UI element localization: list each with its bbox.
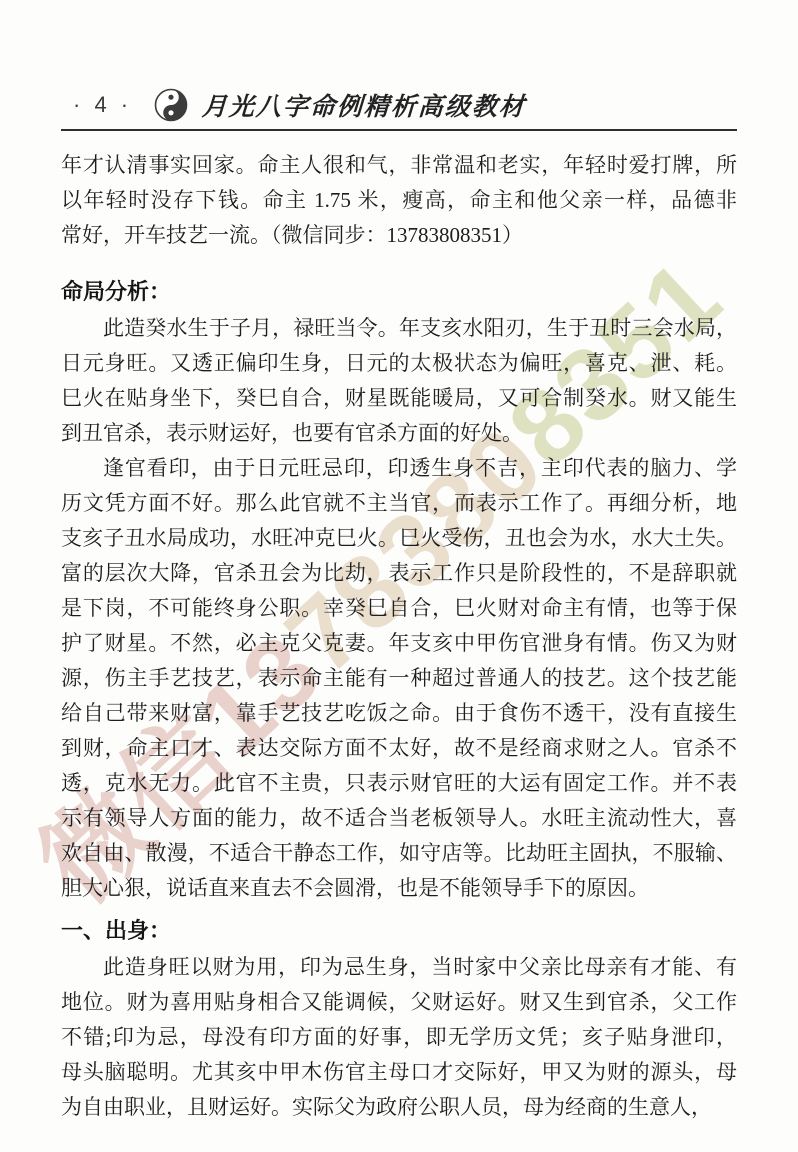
text-line: 示有领导人方面的能力，故不适合当老板领导人。水旺主流动性大，喜: [61, 801, 737, 836]
section-heading-mingju-analysis: 命局分析：: [61, 274, 737, 309]
text-line: 母头脑聪明。尤其亥中甲木伤官主母口才交际好，甲又为财的源头，母: [61, 1055, 737, 1090]
text-line: 以年轻时没存下钱。命主 1.75 米，瘦高，命主和他父亲一样，品德非: [61, 183, 737, 218]
text-line: 日元身旺。又透正偏印生身，日元的太极状态为偏旺，喜克、泄、耗。: [61, 346, 737, 381]
text-line: 护了财星。不然，必主克父克妻。年支亥中甲伤官泄身有情。伤又为财: [61, 626, 737, 661]
text-line: 胆大心狠，说话直来直去不会圆滑，也是不能领导手下的原因。: [61, 871, 737, 906]
text-line: 逢官看印，由于日元旺忌印，印透生身不吉，主印代表的脑力、学: [61, 451, 737, 486]
text-line: 支亥子丑水局成功，水旺冲克巳火。巳火受伤，丑也会为水，水大土失。: [61, 521, 737, 556]
text-line: 不错;印为忌，母没有印方面的好事，即无学历文凭；亥子贴身泄印，: [61, 1020, 737, 1055]
text-line: 常好，开车技艺一流。（微信同步：13783808351）: [61, 218, 737, 253]
text-line: 地位。财为喜用贴身相合又能调候，父财运好。财又生到官杀，父工作: [61, 985, 737, 1020]
page-header: · 4 · 月光八字命例精析高级教材: [61, 86, 737, 124]
section-heading-chushen: 一、出身：: [61, 913, 737, 948]
page-body: 年才认清事实回家。命主人很和气，非常温和老实，年轻时爱打牌，所 以年轻时没存下钱…: [61, 148, 737, 1125]
text-line: 源，伤主手艺技艺，表示命主能有一种超过普通人的技艺。这个技艺能: [61, 661, 737, 696]
text-line: 欢自由、散漫，不适合干静态工作，如守店等。比劫旺主固执，不服输、: [61, 836, 737, 871]
yinyang-icon: [154, 88, 188, 122]
book-title: 月光八字命例精析高级教材: [201, 87, 527, 123]
page-number: · 4 ·: [73, 92, 132, 118]
text-line: 年才认清事实回家。命主人很和气，非常温和老实，年轻时爱打牌，所: [61, 148, 737, 183]
text-line: 到丑官杀，表示财运好，也要有官杀方面的好处。: [61, 416, 737, 451]
header-divider: [61, 129, 737, 131]
text-line: 到财，命主口才、表达交际方面不太好，故不是经商求财之人。官杀不: [61, 731, 737, 766]
text-line: 透，克水无力。此官不主贵，只表示财官旺的大运有固定工作。并不表: [61, 766, 737, 801]
text-line: 此造癸水生于子月，禄旺当令。年支亥水阳刃，生于丑时三会水局，: [61, 311, 737, 346]
text-line: 是下岗，不可能终身公职。幸癸巳自合，巳火财对命主有情，也等于保: [61, 591, 737, 626]
text-line: 给自己带来财富，靠手艺技艺吃饭之命。由于食伤不透干，没有直接生: [61, 696, 737, 731]
text-line: 巳火在贴身坐下，癸巳自合，财星既能暖局，又可合制癸水。财又能生: [61, 381, 737, 416]
book-page: 微信13783808351 · 4 · 月光八字命例精析高级教材 年才认清事实回…: [0, 0, 798, 1152]
text-line: 为自由职业，且财运好。实际父为政府公职人员，母为经商的生意人，: [61, 1090, 737, 1125]
text-line: 富的层次大降，官杀丑会为比劫，表示工作只是阶段性的，不是辞职就: [61, 556, 737, 591]
text-line: 此造身旺以财为用，印为忌生身，当时家中父亲比母亲有才能、有: [61, 950, 737, 985]
text-line: 历文凭方面不好。那么此官就不主当官，而表示工作了。再细分析，地: [61, 486, 737, 521]
